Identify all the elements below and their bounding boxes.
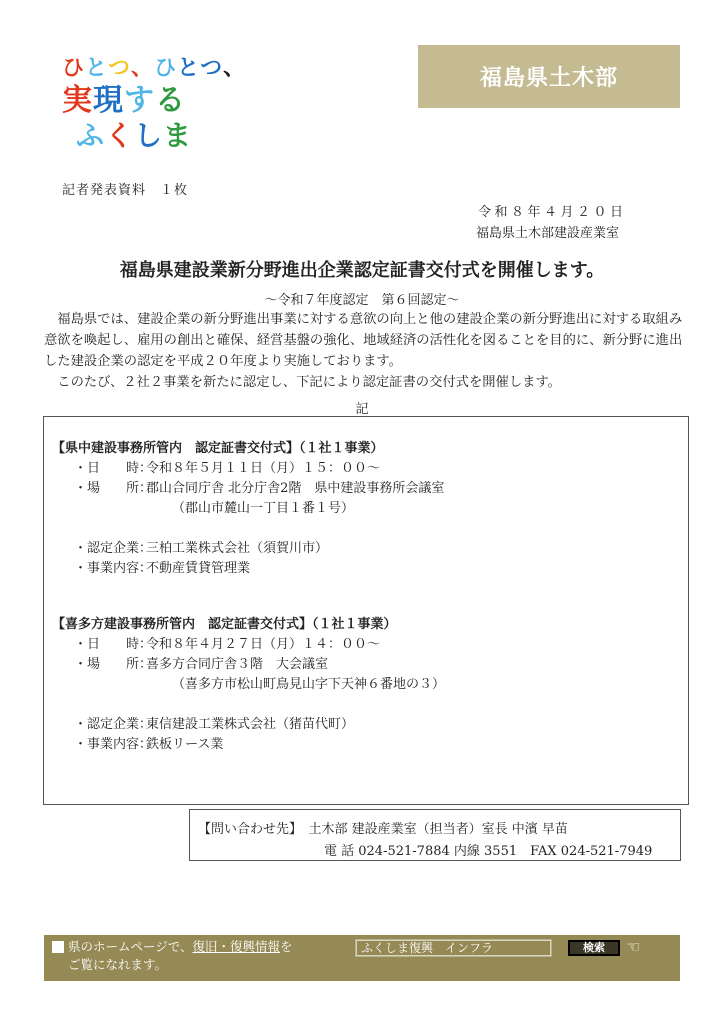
department-name: 福島県土木部: [480, 61, 618, 92]
release-date: 令和８年４月２０日: [478, 201, 627, 220]
section-heading: 【喜多方建設事務所管内 認定証書交付式】（１社１事業）: [52, 615, 445, 635]
place-row: ・場 所： 郡山合同庁舎 北分庁舎2階 県中建設事務所会議室: [52, 479, 444, 499]
datetime-row: ・日 時： 令和８年４月２７日（月）１４：００～: [52, 635, 445, 655]
company-value: 東信建設工業株式会社（猪苗代町）: [146, 715, 354, 735]
contact-label: 【問い合わせ先】: [198, 822, 296, 837]
footer-text: 県のホームページで、復旧・復興情報を ご覧になれます。: [68, 938, 293, 974]
press-release-note: 記者発表資料 １枚: [62, 179, 188, 198]
ceremony-section-kitakata: 【喜多方建設事務所管内 認定証書交付式】（１社１事業） ・日 時： 令和８年４月…: [52, 615, 445, 755]
contact-phone: 電 話 024-521-7884 内線 3551 FAX 024-521-794…: [324, 840, 652, 859]
place-value: 喜多方合同庁舎３階 大会議室: [146, 655, 328, 675]
department-banner: 福島県土木部: [418, 45, 680, 108]
homepage-footer-band: 県のホームページで、復旧・復興情報を ご覧になれます。 ふくしま復興 インフラ …: [44, 935, 680, 981]
contact-person: 土木部 建設産業室（担当者）室長 中濱 早苗: [309, 822, 568, 837]
ceremony-details-box: 【県中建設事務所管内 認定証書交付式】（１社１事業） ・日 時： 令和８年５月１…: [43, 416, 689, 805]
business-label: ・事業内容：: [52, 559, 146, 579]
body-text: 福島県では、建設企業の新分野進出事業に対する意欲の向上と他の建設企業の新分野進出…: [44, 309, 692, 393]
business-row: ・事業内容： 鉄板リース業: [52, 735, 445, 755]
footer-text-after: を: [280, 939, 293, 954]
ki-marker: 記: [0, 398, 724, 417]
document-title: 福島県建設業新分野進出企業認定証書交付式を開催します。: [0, 256, 724, 282]
body-paragraph: 福島県では、建設企業の新分野進出事業に対する意欲の向上と他の建設企業の新分野進出…: [44, 309, 692, 372]
ceremony-section-kenchu: 【県中建設事務所管内 認定証書交付式】（１社１事業） ・日 時： 令和８年５月１…: [52, 439, 444, 579]
datetime-value: 令和８年５月１１日（月）１５：００～: [146, 459, 380, 479]
search-button[interactable]: 検索: [568, 940, 620, 956]
company-label: ・認定企業：: [52, 715, 146, 735]
section-heading: 【県中建設事務所管内 認定証書交付式】（１社１事業）: [52, 439, 444, 459]
logo-line-2: 実現する: [62, 86, 204, 116]
company-value: 三柏工業株式会社（須賀川市）: [146, 539, 328, 559]
contact-line-1: 【問い合わせ先】 土木部 建設産業室（担当者）室長 中濱 早苗: [198, 818, 568, 837]
datetime-label: ・日 時：: [52, 459, 146, 479]
logo-line-1: ひとつ、ひとつ、: [62, 58, 204, 80]
business-label: ・事業内容：: [52, 735, 146, 755]
footer-text-line2: ご覧になれます。: [68, 957, 167, 972]
pointing-hand-icon: ☜: [626, 938, 640, 956]
company-label: ・認定企業：: [52, 539, 146, 559]
logo-line-3: ふくしま: [62, 122, 204, 150]
place-row: ・場 所： 喜多方合同庁舎３階 大会議室: [52, 655, 445, 675]
issuing-office: 福島県土木部建設産業室: [476, 222, 619, 241]
place-label: ・場 所：: [52, 655, 146, 675]
body-paragraph: このたび、２社２事業を新たに認定し、下記により認定証書の交付式を開催します。: [44, 372, 692, 393]
datetime-row: ・日 時： 令和８年５月１１日（月）１５：００～: [52, 459, 444, 479]
business-value: 不動産賃貸管理業: [146, 559, 250, 579]
business-value: 鉄板リース業: [146, 735, 223, 755]
recovery-info-link[interactable]: 復旧・復興情報: [193, 939, 281, 954]
company-row: ・認定企業： 三柏工業株式会社（須賀川市）: [52, 539, 444, 559]
address-value: （郡山市麓山一丁目１番１号）: [52, 499, 444, 519]
square-bullet-icon: [52, 941, 64, 953]
place-label: ・場 所：: [52, 479, 146, 499]
datetime-label: ・日 時：: [52, 635, 146, 655]
search-input[interactable]: ふくしま復興 インフラ: [356, 940, 551, 956]
footer-text-before: 県のホームページで、: [68, 939, 193, 954]
contact-box: 【問い合わせ先】 土木部 建設産業室（担当者）室長 中濱 早苗 電 話 024-…: [189, 809, 681, 861]
place-value: 郡山合同庁舎 北分庁舎2階 県中建設事務所会議室: [146, 479, 444, 499]
company-row: ・認定企業： 東信建設工業株式会社（猪苗代町）: [52, 715, 445, 735]
address-value: （喜多方市松山町鳥見山字下天神６番地の３）: [52, 675, 445, 695]
fukushima-slogan-logo: ひとつ、ひとつ、 実現する ふくしま: [62, 58, 204, 164]
datetime-value: 令和８年４月２７日（月）１４：００～: [146, 635, 380, 655]
document-subtitle: ～令和７年度認定 第６回認定～: [0, 289, 724, 308]
business-row: ・事業内容： 不動産賃貸管理業: [52, 559, 444, 579]
